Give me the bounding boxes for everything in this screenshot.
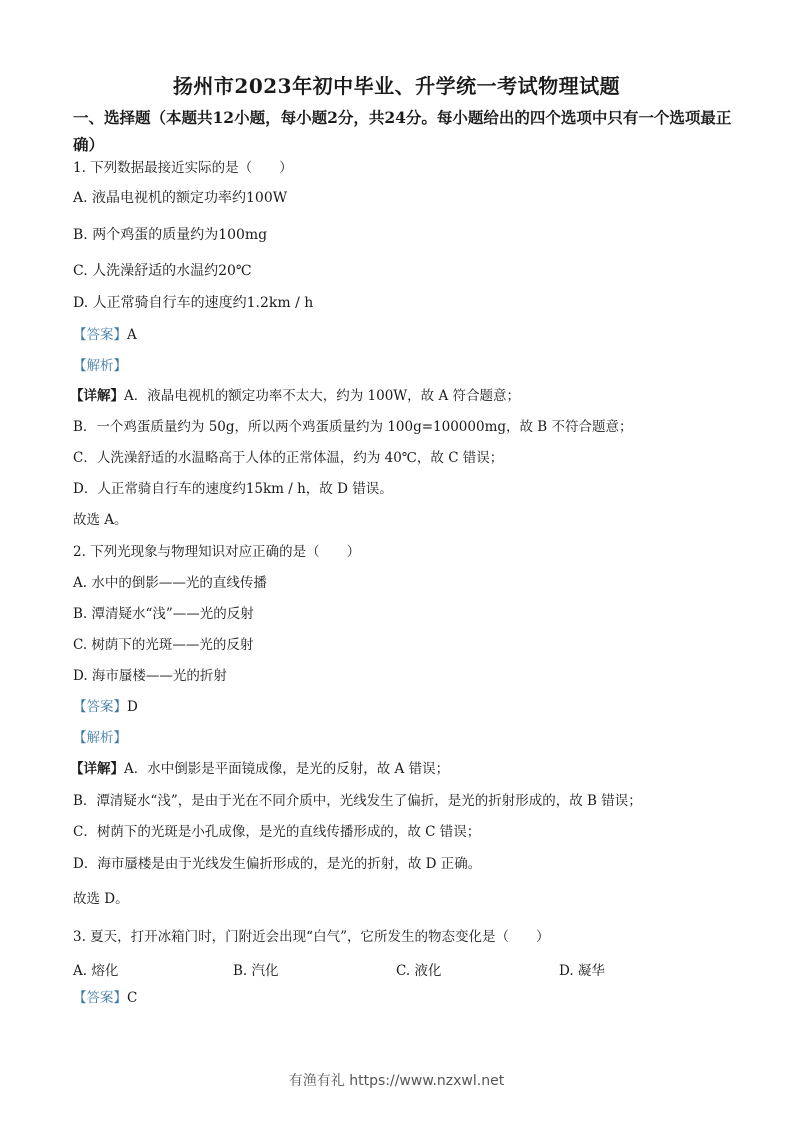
question-2-detail-b: B．潭清疑水“浅”，是由于光在不同介质中，光线发生了偏折，是光的折射形成的，故 …	[73, 792, 642, 810]
question-1-detail-c: C．人洗澡舒适的水温略高于人体的正常体温，约为 40℃，故 C 错误；	[73, 449, 503, 467]
question-2-option-a: A. 水中的倒影——光的直线传播	[73, 574, 267, 592]
question-1-detail-d: D．人正常骑自行车的速度约15km / h，故 D 错误。	[73, 480, 393, 498]
question-1-option-c: C. 人洗澡舒适的水温约20℃	[73, 262, 252, 280]
question-1-analysis-label: 【解析】	[73, 357, 127, 375]
answer-value: C	[127, 990, 137, 1006]
question-2-option-d: D. 海市蜃楼——光的折射	[73, 667, 227, 685]
question-2-option-c: C. 树荫下的光斑——光的反射	[73, 636, 253, 654]
question-1-option-a: A. 液晶电视机的额定功率约100W	[73, 189, 287, 207]
question-2-detail-c: C．树荫下的光斑是小孔成像，是光的直线传播形成的，故 C 错误；	[73, 823, 480, 841]
question-3-option-c: C. 液化	[396, 959, 441, 979]
answer-label: 【答案】	[73, 990, 127, 1006]
question-1-option-b: B. 两个鸡蛋的质量约为100mg	[73, 226, 267, 244]
answer-label: 【答案】	[73, 327, 127, 343]
answer-value: A	[127, 327, 137, 343]
answer-label: 【答案】	[73, 699, 127, 715]
detail-label: 【详解】	[70, 761, 124, 777]
analysis-label: 【解析】	[73, 358, 127, 374]
question-3-option-b: B. 汽化	[233, 959, 279, 979]
question-1-option-d: D. 人正常骑自行车的速度约1.2km / h	[73, 294, 313, 312]
document-title: 扬州市2023年初中毕业、升学统一考试物理试题	[0, 70, 793, 99]
question-1-detail-b: B．一个鸡蛋质量约为 50g，所以两个鸡蛋质量约为 100g=100000mg，…	[73, 418, 633, 436]
question-2-option-b: B. 潭清疑水“浅”——光的反射	[73, 605, 254, 623]
analysis-label: 【解析】	[73, 730, 127, 746]
question-3-stem: 3. 夏天，打开冰箱门时，门附近会出现“白气”，它所发生的物态变化是（ ）	[73, 928, 549, 946]
detail-label: 【详解】	[70, 388, 124, 404]
exam-page: 扬州市2023年初中毕业、升学统一考试物理试题 一、选择题（本题共12小题，每小…	[0, 0, 793, 1122]
question-1-answer: 【答案】A	[73, 326, 137, 344]
answer-value: D	[127, 699, 138, 715]
question-1-detail-a: 【详解】A．液晶电视机的额定功率不太大，约为 100W，故 A 符合题意；	[70, 387, 520, 405]
question-3-options: A. 熔化 B. 汽化 C. 液化 D. 凝华	[73, 959, 693, 977]
question-2-detail-a: 【详解】A．水中倒影是平面镜成像，是光的反射，故 A 错误；	[70, 760, 449, 778]
question-2-stem: 2. 下列光现象与物理知识对应正确的是（ ）	[73, 543, 360, 561]
question-2-answer: 【答案】D	[73, 698, 138, 716]
question-3-option-d: D. 凝华	[559, 959, 605, 979]
question-1-conclusion: 故选 A。	[73, 511, 128, 529]
footer-watermark: 有渔有礼 https://www.nzxwl.net	[0, 1070, 793, 1090]
question-1-stem: 1. 下列数据最接近实际的是（ ）	[73, 159, 293, 177]
section-heading: 一、选择题（本题共12小题，每小题2分，共24分。每小题给出的四个选项中只有一个…	[73, 104, 733, 158]
question-3-option-a: A. 熔化	[73, 959, 118, 979]
question-2-detail-d: D．海市蜃楼是由于光线发生偏折形成的，是光的折射，故 D 正确。	[73, 855, 481, 873]
question-2-conclusion: 故选 D。	[73, 890, 129, 908]
question-2-analysis-label: 【解析】	[73, 729, 127, 747]
question-3-answer: 【答案】C	[73, 989, 137, 1007]
